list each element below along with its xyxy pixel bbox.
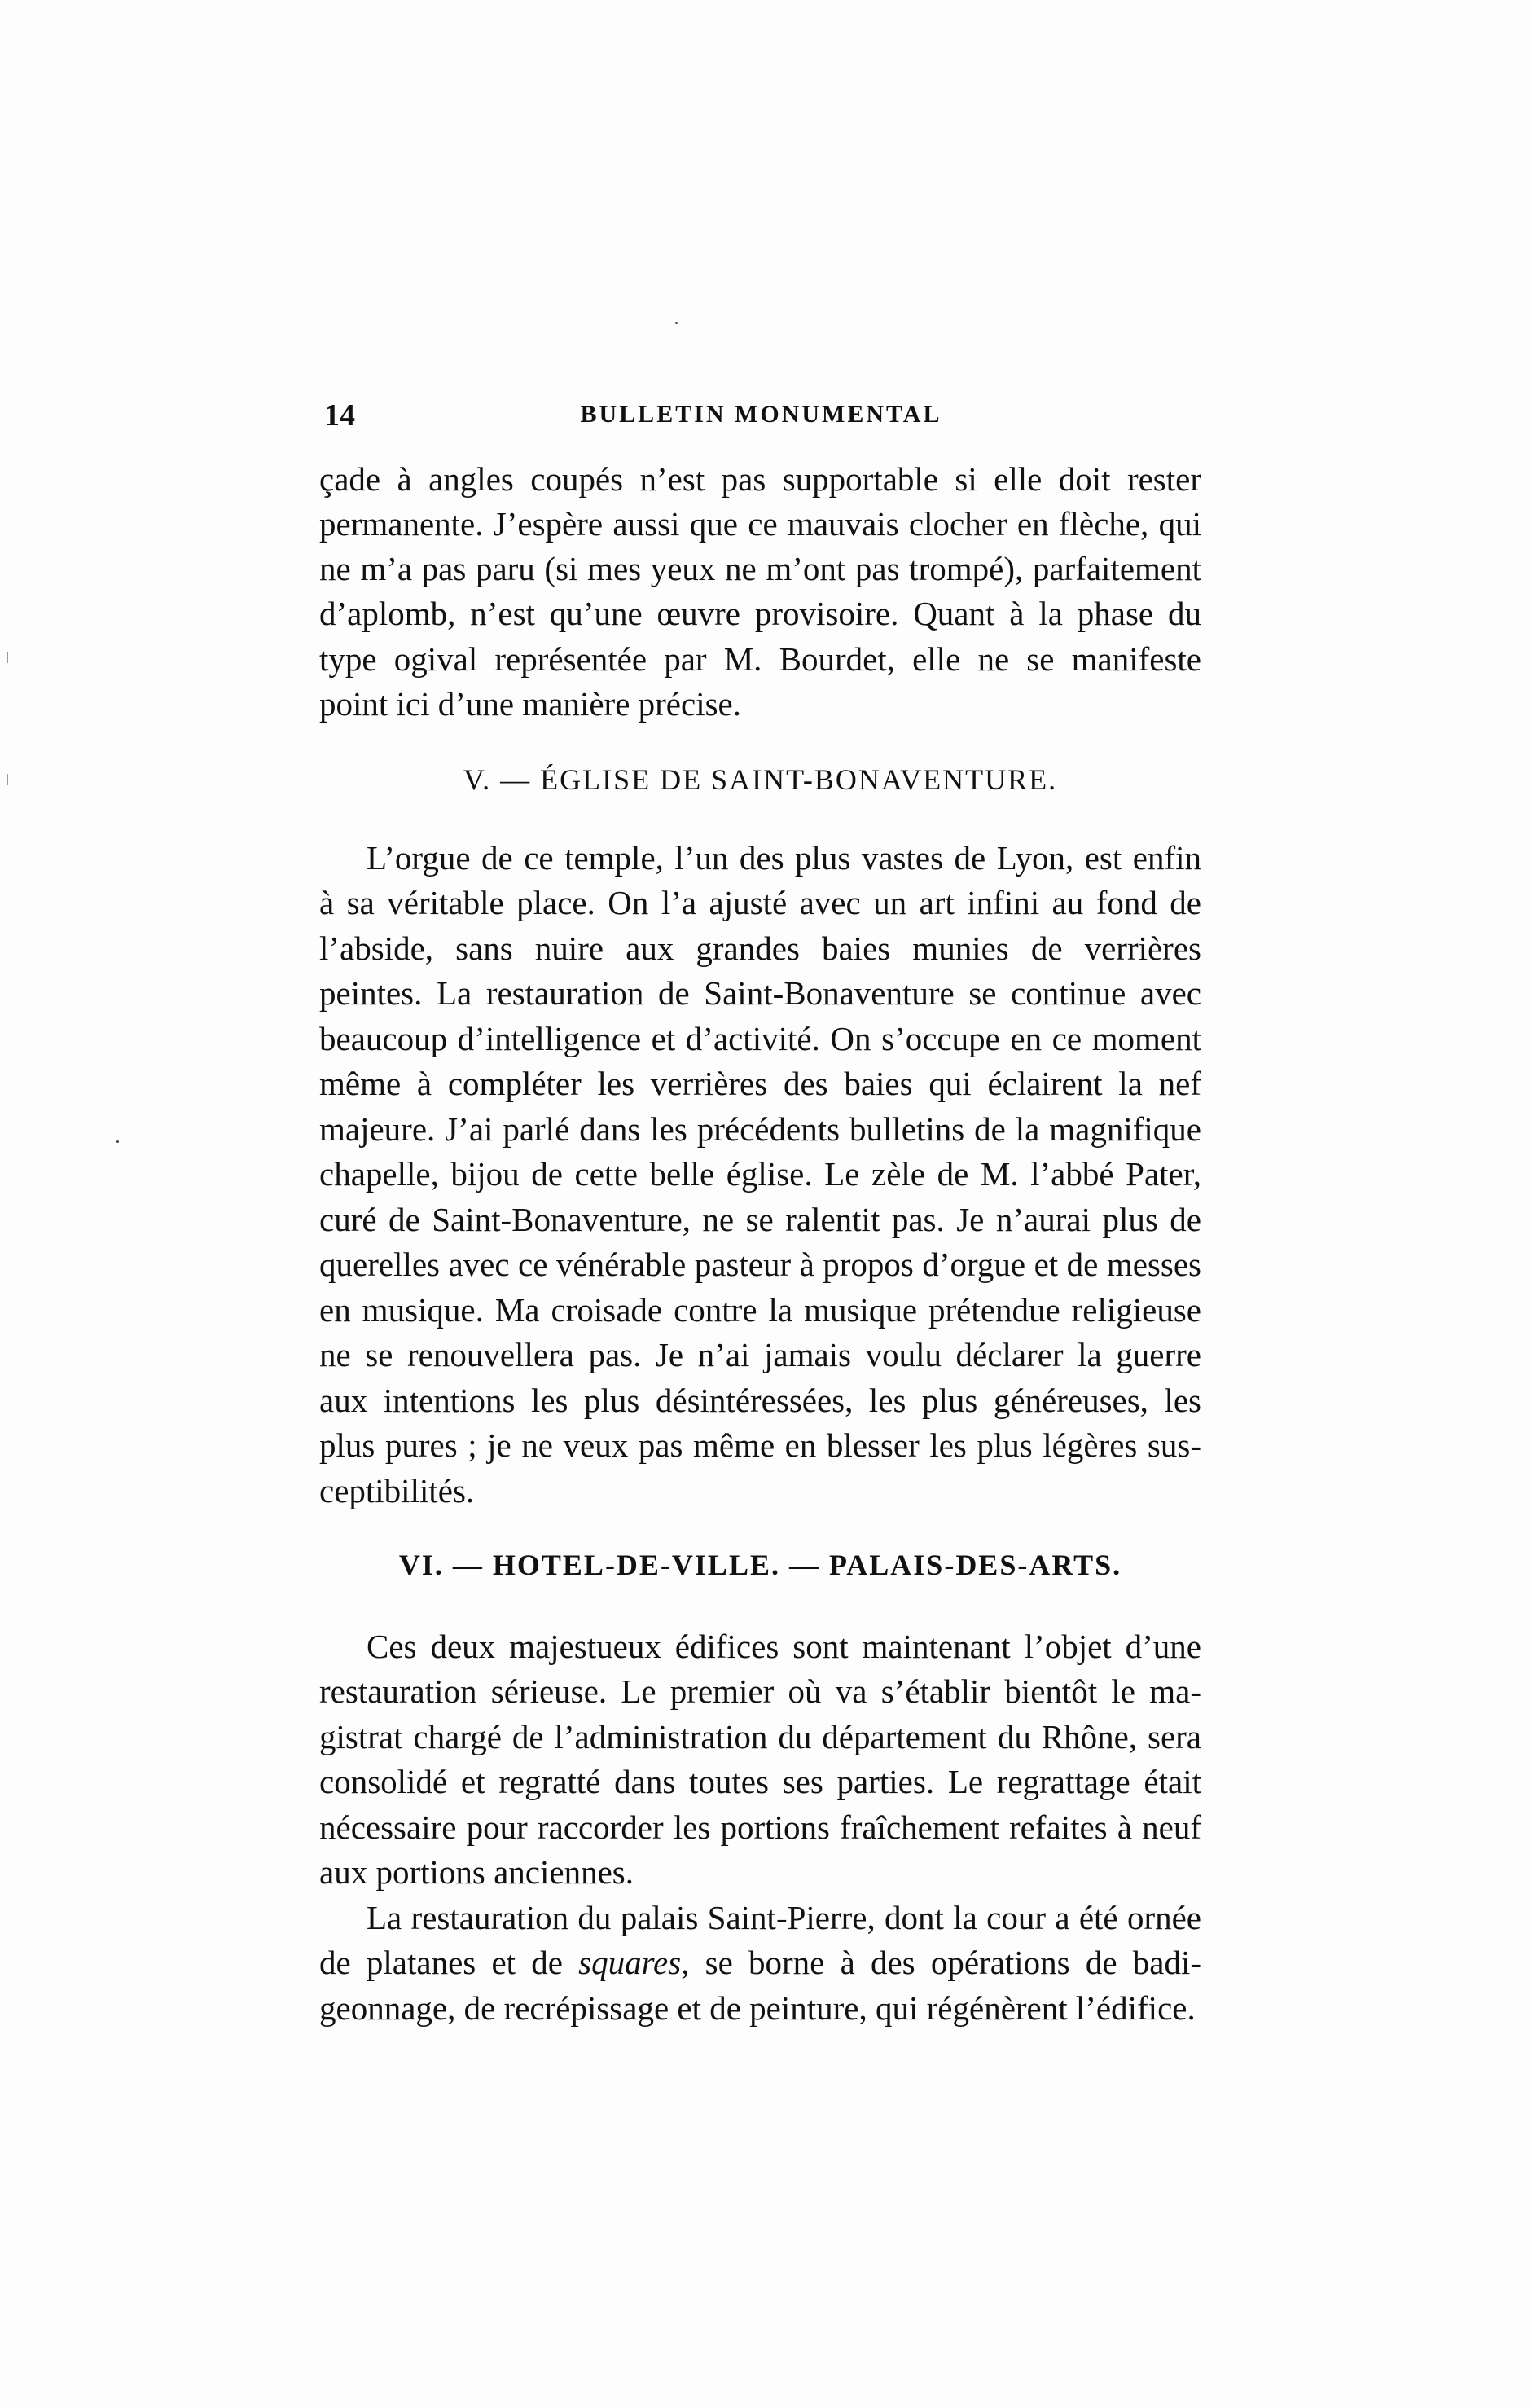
text-line: La restauration du palais Saint-Pierre, … <box>319 1895 1201 1940</box>
text-segment: , se borne à des opérations de badi- <box>681 1944 1201 1981</box>
margin-mark <box>7 774 8 785</box>
text-line: L’orgue de ce temple, l’un des plus vast… <box>319 835 1201 881</box>
text-line: l’abside, sans nuire aux grandes baies m… <box>319 925 1201 971</box>
text-segment: de platanes et de <box>319 1944 578 1981</box>
text-line: curé de Saint-Bonaventure, ne se ralenti… <box>319 1197 1201 1242</box>
section-heading-vi: VI. — HOTEL-DE-VILLE. — PALAIS-DES-ARTS. <box>319 1548 1201 1582</box>
text-line: geonnage, de recrépissage et de peinture… <box>319 1985 1201 2031</box>
text-line: peintes. La restauration de Saint-Bonave… <box>319 970 1201 1016</box>
text-line: restauration sérieuse. Le premier où va … <box>319 1668 1201 1714</box>
text-line: ne se renouvellera pas. Je n’ai jamais v… <box>319 1332 1201 1378</box>
text-line: Ces deux majestueux édifices sont mainte… <box>319 1624 1201 1669</box>
text-line: ceptibilités. <box>319 1468 1201 1514</box>
scanned-page: 14 BULLETIN MONUMENTAL çade à angles cou… <box>0 0 1532 2408</box>
scan-speck <box>675 322 678 324</box>
text-line: beaucoup d’intelligence et d’activité. O… <box>319 1016 1201 1061</box>
text-line: d’aplomb, n’est qu’une œuvre provisoire.… <box>319 591 1201 636</box>
text-line: nécessaire pour raccorder les portions f… <box>319 1804 1201 1850</box>
text-line: çade à angles coupés n’est pas supportab… <box>319 456 1201 502</box>
text-line: de platanes et de squares, se borne à de… <box>319 1940 1201 1985</box>
text-line: point ici d’une manière précise. <box>319 681 1201 727</box>
text-line: même à compléter les verrières des baies… <box>319 1061 1201 1106</box>
text-line: aux intentions les plus désintéressées, … <box>319 1378 1201 1423</box>
text-line: type ogival représentée par M. Bourdet, … <box>319 636 1201 682</box>
text-line: à sa véritable place. On l’a ajusté avec… <box>319 880 1201 925</box>
margin-mark <box>7 652 8 663</box>
text-line: consolidé et regratté dans toutes ses pa… <box>319 1759 1201 1804</box>
text-line: en musique. Ma croisade contre la musiqu… <box>319 1287 1201 1333</box>
journal-title: BULLETIN MONUMENTAL <box>319 401 1203 428</box>
text-line: ne m’a pas paru (si mes yeux ne m’ont pa… <box>319 546 1201 591</box>
section-heading-v: V. — ÉGLISE DE SAINT-BONAVENTURE. <box>319 762 1201 797</box>
scan-speck <box>116 1140 119 1143</box>
text-line: aux portions anciennes. <box>319 1849 1201 1895</box>
text-line: majeure. J’ai parlé dans les précédents … <box>319 1106 1201 1152</box>
text-line: chapelle, bijou de cette belle église. L… <box>319 1151 1201 1197</box>
italic-word: squares <box>578 1944 681 1981</box>
text-line: gistrat chargé de l’administration du dé… <box>319 1714 1201 1760</box>
text-line: permanente. J’espère aussi que ce mauvai… <box>319 501 1201 547</box>
text-line: querelles avec ce vénérable pasteur à pr… <box>319 1241 1201 1287</box>
running-header: 14 BULLETIN MONUMENTAL <box>319 398 1203 433</box>
text-line: plus pures ; je ne veux pas même en bles… <box>319 1422 1201 1468</box>
